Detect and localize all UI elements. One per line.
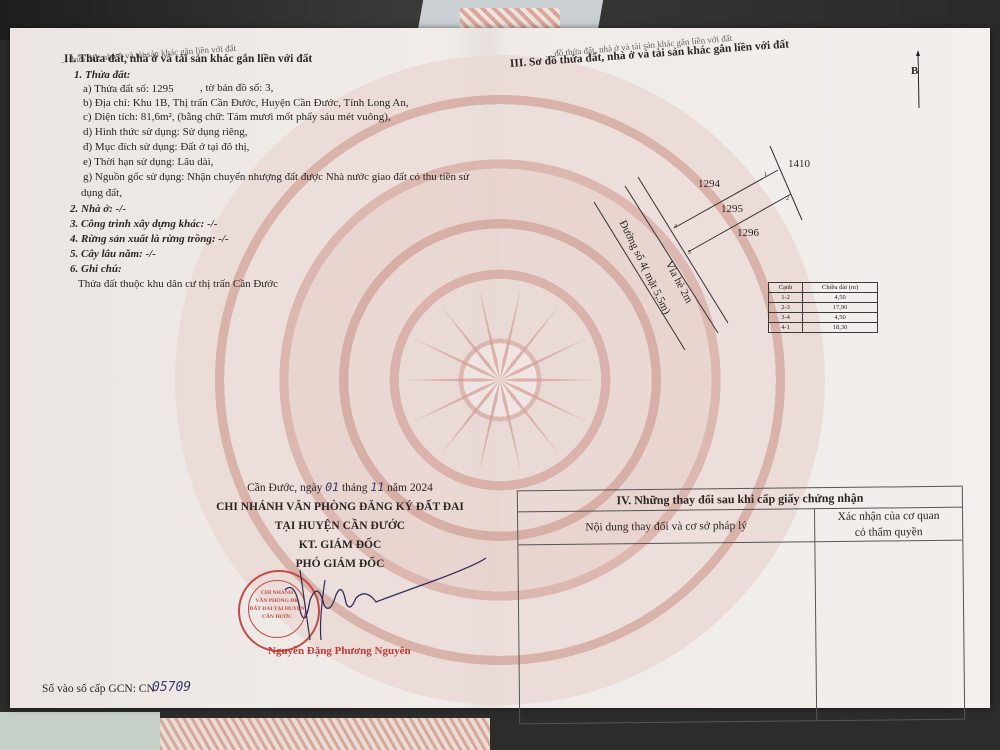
parcel-1294: 1294 xyxy=(698,178,720,190)
authority-header-line1: Xác nhận của cơ quan xyxy=(815,508,962,526)
date-month: 11 xyxy=(370,480,384,494)
edge-table-row: 3-44,50 xyxy=(769,313,878,323)
edge-id: 4-1 xyxy=(769,323,803,333)
parcel-1410: 1410 xyxy=(788,158,810,170)
issue-date: Cần Đước, ngày 01 tháng 11 năm 2024 xyxy=(180,478,500,498)
edge-length: 18,30 xyxy=(803,323,878,333)
address: b) Địa chỉ: Khu 1B, Thị trấn Cần Đước, H… xyxy=(83,97,409,110)
edge-length: 4,50 xyxy=(803,293,878,303)
section2-title: II. Thửa đất, nhà ở và tài sản khác gắn … xyxy=(64,53,312,66)
north-label: B xyxy=(911,65,918,78)
registry-number: 05709 xyxy=(152,681,191,694)
edge-length: 4,50 xyxy=(803,313,878,323)
drum-star-watermark xyxy=(400,280,600,480)
changes-table: IV. Những thay đổi sau khi cấp giấy chứn… xyxy=(517,486,965,725)
edge-col-header: Cạnh xyxy=(769,283,803,293)
corner-label: 1 xyxy=(764,172,767,178)
parcel-1296: 1296 xyxy=(737,227,759,239)
signature-scribble-icon xyxy=(255,540,495,660)
origin-line2: dụng đất, xyxy=(81,187,122,200)
edge-table-row: 1-24,50 xyxy=(769,293,878,303)
usage-term: e) Thời hạn sử dụng: Lâu dài, xyxy=(83,156,213,169)
forest: 4. Rừng sản xuất là rừng trồng: -/- xyxy=(70,233,229,246)
notes-heading: 6. Ghi chú: xyxy=(70,263,122,276)
date-year: năm 2024 xyxy=(387,482,433,494)
corner-label: 4 xyxy=(674,224,677,230)
authority-header-line2: có thẩm quyền xyxy=(815,524,962,542)
corner-label: 2 xyxy=(786,196,789,202)
perennial: 5. Cây lâu năm: -/- xyxy=(70,248,156,261)
registry-label: Số vào sổ cấp GCN: CN xyxy=(42,683,155,696)
other-construction: 3. Công trình xây dựng khác: -/- xyxy=(70,218,217,231)
edge-id: 3-4 xyxy=(769,313,803,323)
edge-id: 2-3 xyxy=(769,303,803,313)
north-arrow-icon xyxy=(913,50,923,110)
changes-content-header: Nội dung thay đổi và cơ sở pháp lý xyxy=(518,509,815,545)
edge-length: 17,90 xyxy=(803,303,878,313)
area: c) Diện tích: 81,6m², (bằng chữ: Tám mươ… xyxy=(83,111,391,124)
edge-length-table: Cạnh Chiều dài (m) 1-24,502-317,903-44,5… xyxy=(768,282,878,333)
parcel-1295: 1295 xyxy=(721,203,743,215)
notes-text: Thửa đất thuộc khu dân cư thị trấn Cần Đ… xyxy=(78,278,278,291)
org-line2: TẠI HUYỆN CẦN ĐƯỚC xyxy=(180,517,500,536)
origin-line1: g) Nguồn gốc sử dụng: Nhận chuyển nhượng… xyxy=(83,171,469,184)
usage-form: d) Hình thức sử dụng: Sử dụng riêng, xyxy=(83,126,248,139)
column-divider xyxy=(814,541,817,720)
edge-table-row: 2-317,90 xyxy=(769,303,878,313)
date-month-word: tháng xyxy=(342,482,368,494)
date-prefix: Cần Đước, ngày xyxy=(247,482,322,494)
length-col-header: Chiều dài (m) xyxy=(803,283,878,293)
signer-name: Nguyễn Đặng Phương Nguyên xyxy=(268,645,411,657)
edge-table-row: 4-118,30 xyxy=(769,323,878,333)
corner-label: 3 xyxy=(688,250,691,256)
org-line1: CHI NHÁNH VĂN PHÒNG ĐĂNG KÝ ĐẤT ĐAI xyxy=(180,498,500,517)
land-heading: 1. Thửa đất: xyxy=(74,69,130,82)
underlying-green-paper xyxy=(0,712,160,750)
usage-purpose: đ) Mục đích sử dụng: Đất ở tại đô thị, xyxy=(83,141,249,154)
map-sheet: , tờ bản đồ số: 3, xyxy=(200,82,273,95)
parcel-sketch xyxy=(580,140,880,380)
parcel-number: a) Thửa đất số: 1295 xyxy=(83,83,174,96)
edge-id: 1-2 xyxy=(769,293,803,303)
date-day: 01 xyxy=(325,480,339,494)
authority-confirmation-header: Xác nhận của cơ quan có thẩm quyền xyxy=(815,508,962,543)
house: 2. Nhà ở: -/- xyxy=(70,203,126,216)
underlying-pink-paper xyxy=(160,718,490,750)
